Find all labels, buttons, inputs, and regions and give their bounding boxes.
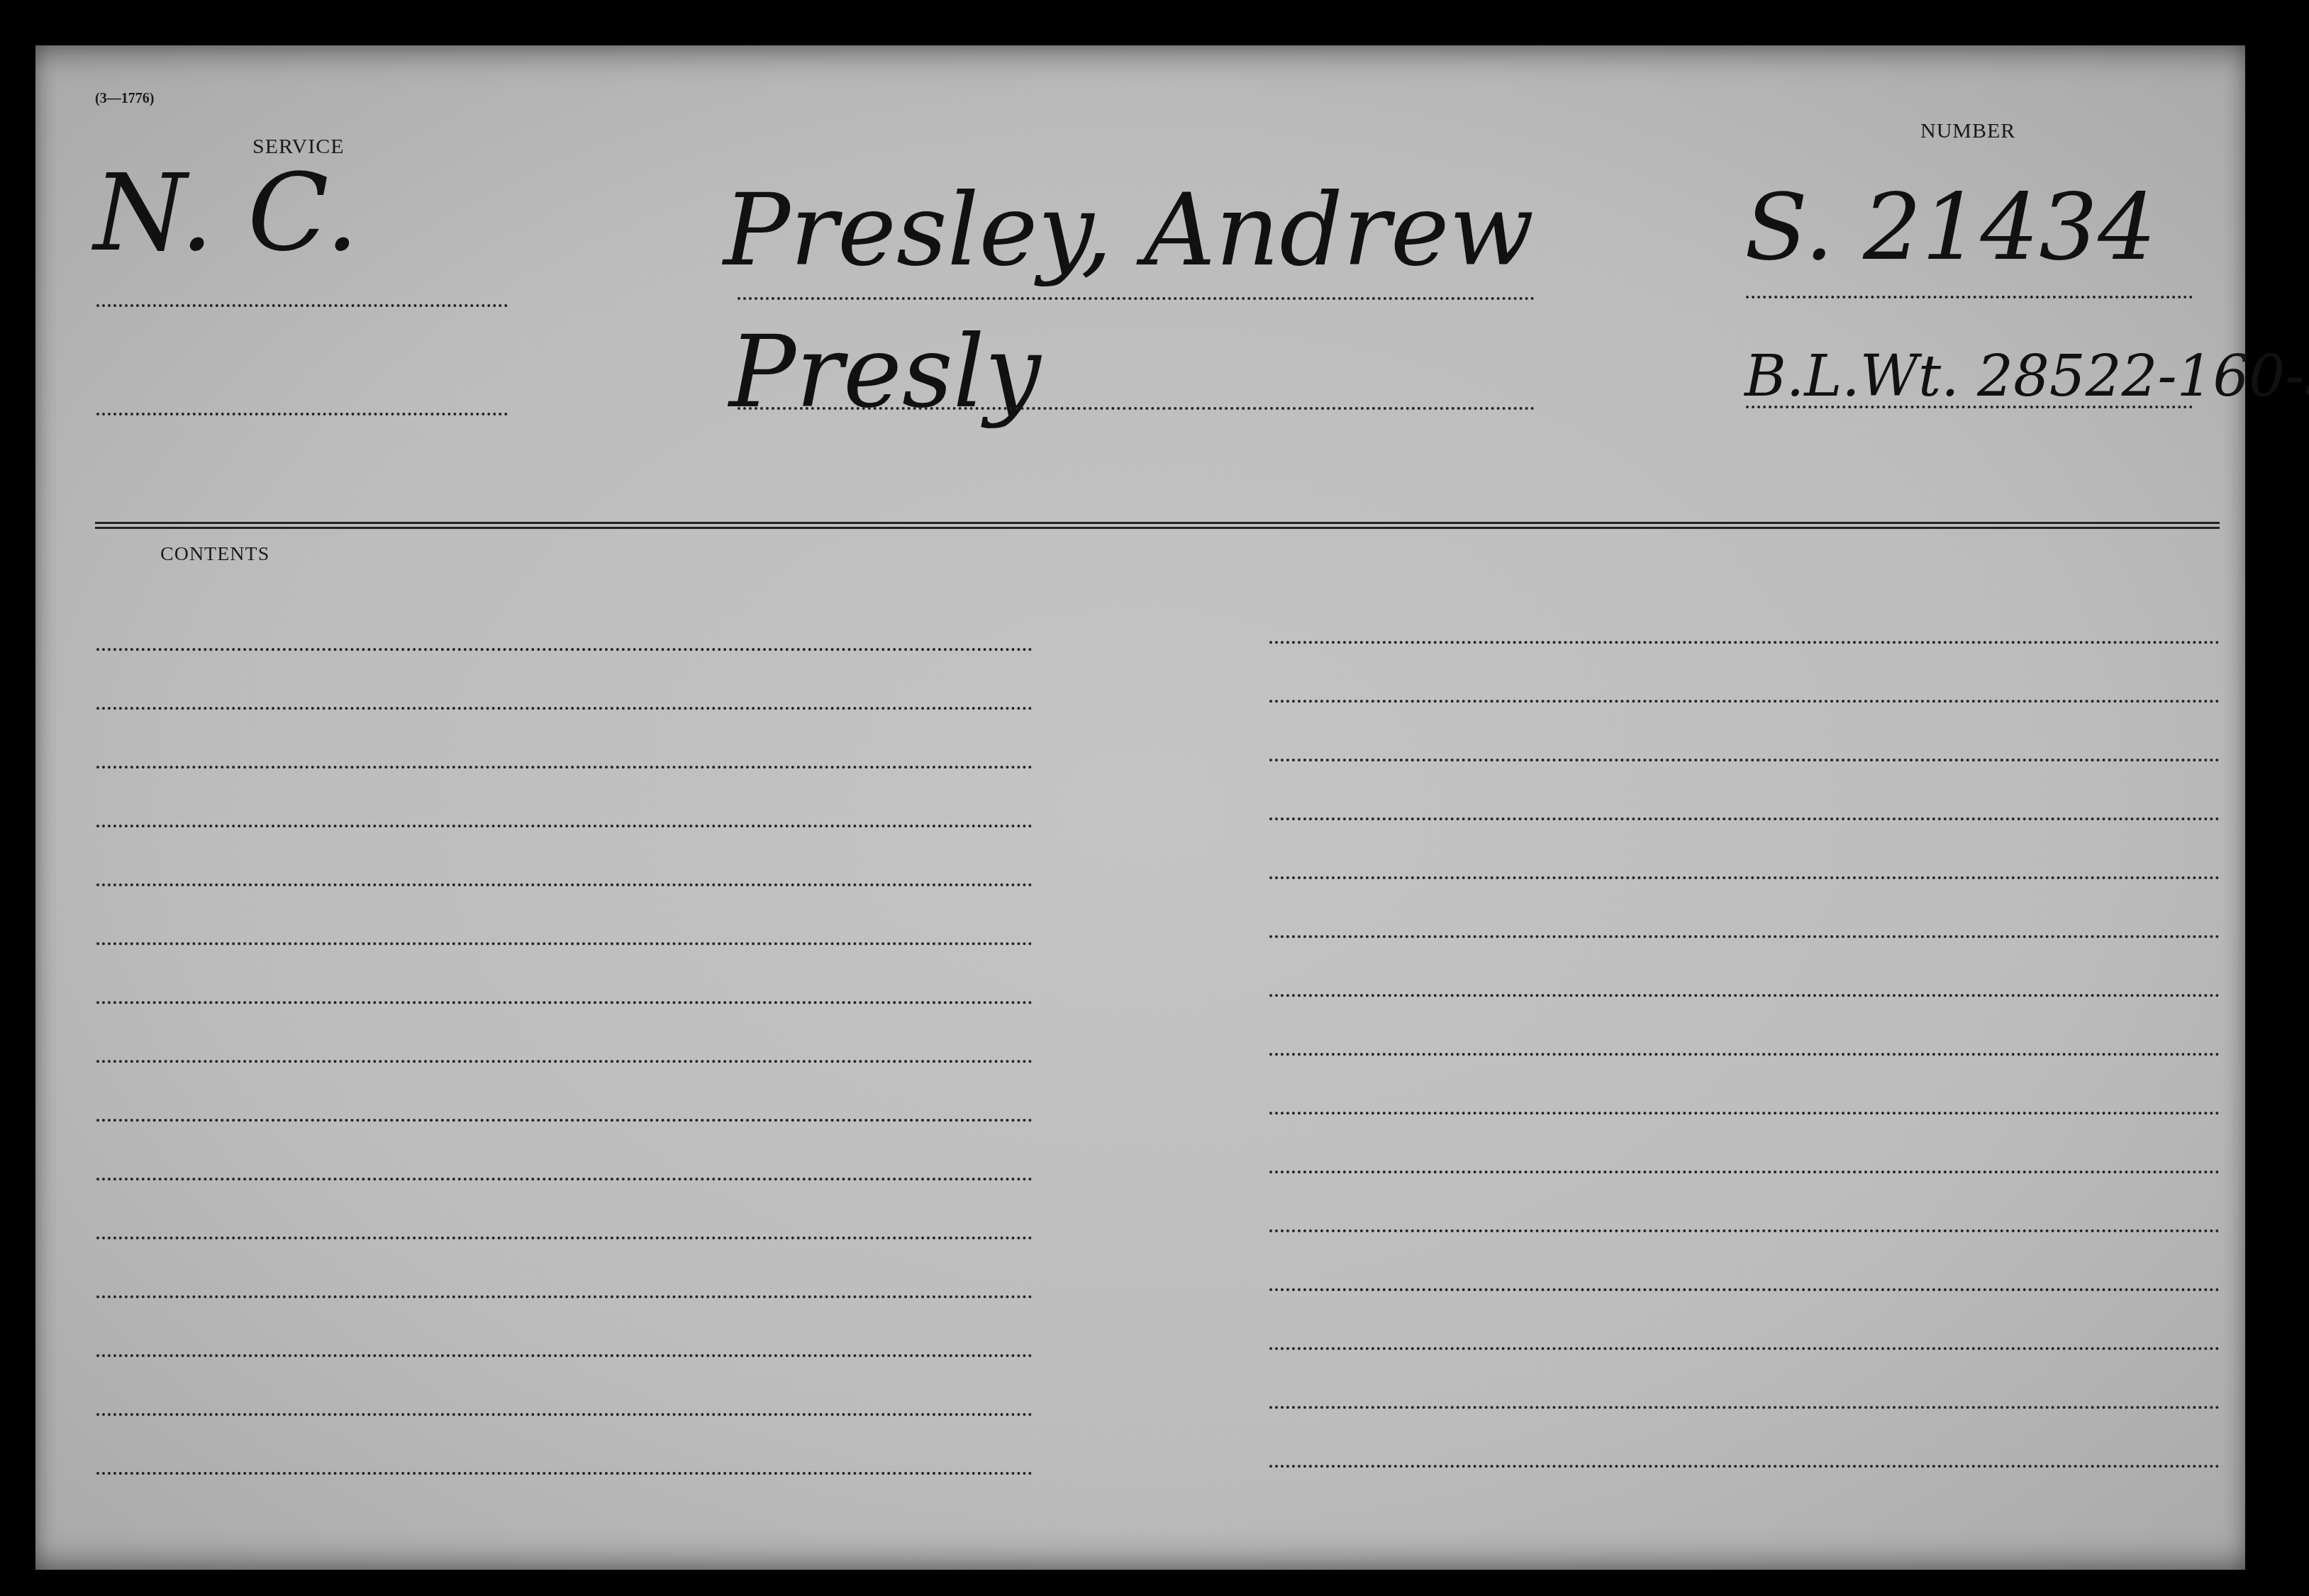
- contents-line: [1269, 759, 2220, 761]
- contents-line: [1269, 1229, 2220, 1232]
- contents-line: [1269, 700, 2220, 703]
- contents-line: [96, 942, 1033, 945]
- contents-line: [1269, 641, 2220, 644]
- contents-line: [96, 1354, 1033, 1357]
- contents-line: [96, 825, 1033, 827]
- form-number: (3—1776): [95, 91, 154, 107]
- service-line-2: [96, 413, 508, 415]
- contents-line: [96, 707, 1033, 710]
- contents-line: [96, 883, 1033, 886]
- contents-line: [96, 1119, 1033, 1122]
- contents-line: [1269, 1347, 2220, 1350]
- contents-line: [1269, 1465, 2220, 1468]
- contents-line: [96, 1237, 1033, 1239]
- name-line-1: [738, 297, 1535, 300]
- contents-line: [1269, 1112, 2220, 1115]
- service-line-1: [96, 304, 508, 307]
- contents-line: [96, 1178, 1033, 1181]
- name-line-2: [738, 407, 1535, 410]
- contents-line: [96, 1413, 1033, 1416]
- number-line-1: [1746, 296, 2193, 298]
- contents-line: [1269, 817, 2220, 820]
- service-label: SERVICE: [252, 135, 345, 159]
- name-primary: Presley, Andrew: [723, 173, 1534, 289]
- contents-line: [1269, 1171, 2220, 1173]
- contents-line: [1269, 935, 2220, 938]
- contents-line: [1269, 1053, 2220, 1056]
- contents-line: [1269, 1288, 2220, 1291]
- contents-line: [1269, 1406, 2220, 1409]
- number-secondary: B.L.Wt. 28522-160-55: [1745, 343, 2309, 409]
- contents-line: [96, 1060, 1033, 1063]
- contents-line: [96, 1472, 1033, 1475]
- contents-line: [1269, 994, 2220, 997]
- contents-line: [96, 648, 1033, 651]
- name-variant: Presly: [729, 315, 1041, 430]
- contents-line: [96, 1295, 1033, 1298]
- header-divider: [95, 522, 2220, 529]
- contents-line: [96, 1001, 1033, 1004]
- number-label: NUMBER: [1920, 119, 2015, 143]
- contents-line: [1269, 876, 2220, 879]
- contents-label: CONTENTS: [160, 543, 269, 566]
- pension-file-cover-card: (3—1776) SERVICE NUMBER N. C. Presley, A…: [35, 45, 2245, 1570]
- contents-line: [96, 766, 1033, 769]
- number-primary: S. 21434: [1745, 173, 2157, 281]
- number-line-2: [1746, 406, 2193, 408]
- service-value: N. C.: [94, 152, 359, 275]
